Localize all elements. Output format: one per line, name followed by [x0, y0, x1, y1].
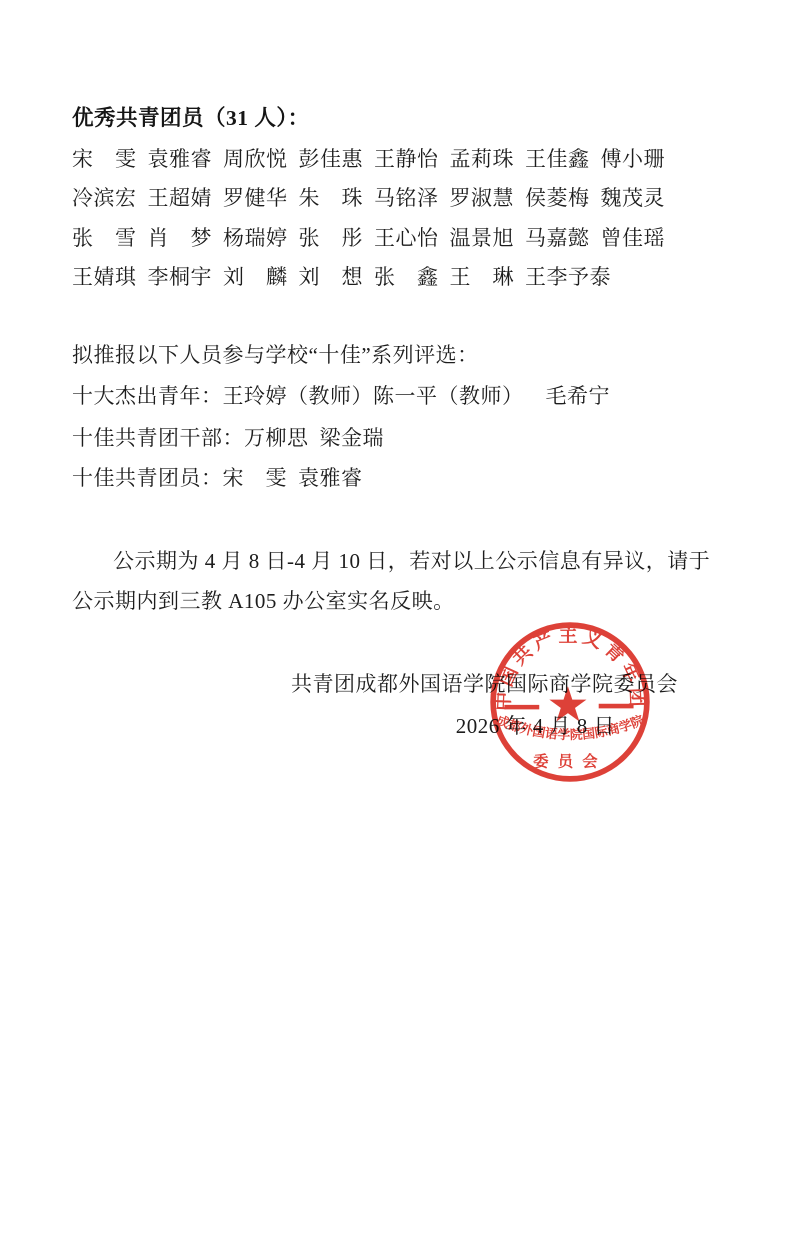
- member-names-row-2: 冷滨宏 王超婧 罗健华 朱 珠 马铭泽 罗淑慧 侯菱梅 魏茂灵: [72, 186, 665, 210]
- seal-committee-label: 委员会: [533, 752, 607, 771]
- recommendation-item-league-cadres: 十佳共青团干部：万柳思 梁金瑞: [72, 426, 384, 450]
- member-names-row-3: 张 雪 肖 梦 杨瑞婷 张 彤 王心怡 温景旭 马嘉懿 曾佳瑶: [72, 226, 665, 250]
- recommendation-intro: 拟推报以下人员参与学校“十佳”系列评选：: [72, 343, 479, 367]
- notice-line-1: 公示期为 4 月 8 日-4 月 10 日，若对以上公示信息有异议，请于: [113, 549, 710, 573]
- member-names-row-1: 宋 雯 袁雅睿 周欣悦 彭佳惠 王静怡 孟莉珠 王佳鑫 傅小珊: [72, 147, 665, 171]
- member-names-row-4: 王婧琪 李桐宇 刘 麟 刘 想 张 鑫 王 琳 王李予泰: [72, 265, 611, 289]
- document-page: 优秀共青团员（31 人）： 宋 雯 袁雅睿 周欣悦 彭佳惠 王静怡 孟莉珠 王佳…: [0, 0, 799, 1236]
- excellent-members-heading: 优秀共青团员（31 人）：: [72, 106, 310, 131]
- official-seal: 中国共产主义青年团 ★ 成都外国语学院国际商学院 委员会: [488, 620, 652, 784]
- recommendation-item-league-members: 十佳共青团员：宋 雯 袁雅睿: [72, 466, 363, 490]
- notice-line-2: 公示期内到三教 A105 办公室实名反映。: [72, 589, 455, 613]
- recommendation-item-outstanding-youth: 十大杰出青年：王玲婷（教师）陈一平（教师） 毛希宁: [72, 384, 610, 408]
- seal-star-icon: ★: [549, 682, 588, 729]
